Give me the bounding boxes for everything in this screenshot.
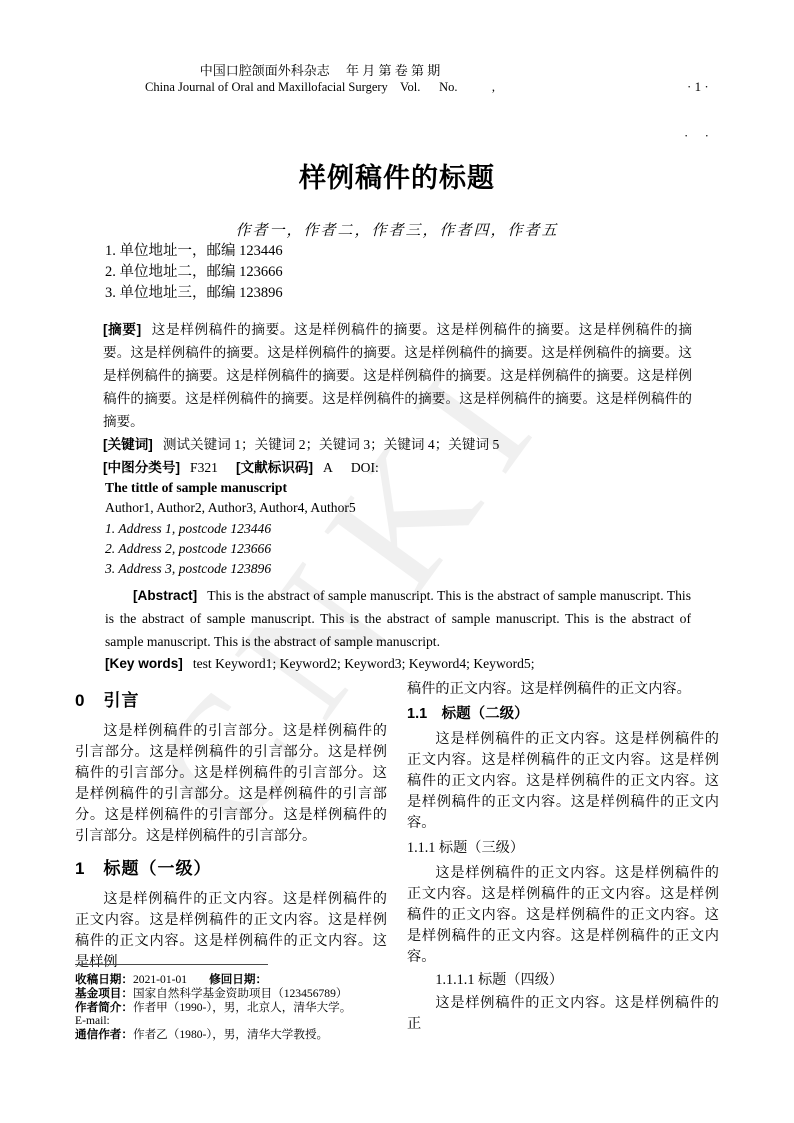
heading-introduction: 0 引言	[75, 690, 387, 712]
article-title-en: The tittle of sample manuscript	[105, 478, 691, 498]
article-title: 样例稿件的标题	[0, 156, 794, 195]
abstract-text-cn: 这是样例稿件的摘要。这是样例稿件的摘要。这是样例稿件的摘要。这是样例稿件的摘要。…	[103, 322, 692, 429]
keywords-cn: [关键词]测试关键词 1；关键词 2；关键词 3；关键词 4；关键词 5	[103, 433, 692, 456]
affiliation-line-en: 2. Address 2, postcode 123666	[105, 539, 691, 559]
section1-continuation: 稿件的正文内容。这是样例稿件的正文内容。	[407, 679, 719, 700]
front-matter-cn: [摘要]这是样例稿件的摘要。这是样例稿件的摘要。这是样例稿件的摘要。这是样例稿件…	[103, 318, 692, 479]
doc-code: A	[323, 460, 333, 475]
left-column: 0 引言 这是样例稿件的引言部分。这是样例稿件的引言部分。这是样例稿件的引言部分…	[75, 679, 387, 962]
author-bio-label: 作者简介：	[75, 1001, 133, 1014]
email-label: E-mail:	[75, 1014, 110, 1027]
classification-line: [中图分类号]F321[文献标识码]ADOI:	[103, 456, 692, 479]
affiliation-list: 1. 单位地址一，邮编 123446 2. 单位地址二，邮编 123666 3.…	[105, 241, 283, 304]
author-list: 作者一，作者二，作者三，作者四，作者五	[0, 219, 794, 240]
footnote-email: E-mail:	[75, 1014, 505, 1028]
author-bio-value: 作者甲（1990-），男，北京人，清华大学。	[133, 1001, 351, 1014]
abstract-label-en: [Abstract]	[133, 588, 197, 603]
footnote-block: 收稿日期：2021-01-01修回日期： 基金项目：国家自然科学基金资助项目（1…	[75, 964, 505, 1042]
abstract-label-cn: [摘要]	[103, 322, 141, 337]
corresponding-author-label: 通信作者：	[75, 1028, 133, 1041]
introduction-paragraph: 这是样例稿件的引言部分。这是样例稿件的引言部分。这是样例稿件的引言部分。这是样例…	[75, 721, 387, 847]
doc-code-label: [文献标识码]	[236, 460, 313, 475]
affiliation-line: 1. 单位地址一，邮编 123446	[105, 241, 283, 262]
fund-value: 国家自然科学基金资助项目（123456789）	[133, 987, 348, 1000]
affiliation-line-en: 1. Address 1, postcode 123446	[105, 519, 691, 539]
section11-paragraph: 这是样例稿件的正文内容。这是样例稿件的正文内容。这是样例稿件的正文内容。这是样例…	[407, 729, 719, 834]
keywords-en: [Key words]test Keyword1; Keyword2; Keyw…	[105, 653, 691, 676]
author-list-en: Author1, Author2, Author3, Author4, Auth…	[105, 498, 691, 518]
affiliation-line: 2. 单位地址二，邮编 123666	[105, 262, 283, 283]
abstract-cn: [摘要]这是样例稿件的摘要。这是样例稿件的摘要。这是样例稿件的摘要。这是样例稿件…	[103, 318, 692, 433]
keywords-text-cn: 测试关键词 1；关键词 2；关键词 3；关键词 4；关键词 5	[163, 437, 499, 452]
keywords-label-en: [Key words]	[105, 656, 183, 671]
received-date-label: 收稿日期：	[75, 973, 133, 986]
journal-title-cn: 中国口腔颌面外科杂志 年 月 第 卷 第 期	[75, 60, 565, 79]
manuscript-page: CNKI 中国口腔颌面外科杂志 年 月 第 卷 第 期 China Journa…	[0, 0, 794, 1123]
affiliation-line-en: 3. Address 3, postcode 123896	[105, 559, 691, 579]
keywords-label-cn: [关键词]	[103, 437, 153, 452]
body-columns: 0 引言 这是样例稿件的引言部分。这是样例稿件的引言部分。这是样例稿件的引言部分…	[75, 679, 720, 962]
abstract-en: [Abstract]This is the abstract of sample…	[105, 585, 691, 653]
footnote-corresponding: 通信作者：作者乙（1980-），男，清华大学教授。	[75, 1028, 505, 1042]
heading-level1: 1 标题（一级）	[75, 858, 387, 880]
footnote-dates: 收稿日期：2021-01-01修回日期：	[75, 973, 505, 987]
right-column: 稿件的正文内容。这是样例稿件的正文内容。 1.1 标题（二级） 这是样例稿件的正…	[407, 679, 719, 962]
footnote-fund: 基金项目：国家自然科学基金资助项目（123456789）	[75, 987, 505, 1001]
page-number-placeholder: · ·	[684, 125, 709, 144]
heading-level2: 1.1 标题（二级）	[407, 704, 719, 725]
doi-label: DOI:	[351, 460, 379, 475]
fund-label: 基金项目：	[75, 987, 133, 1000]
section1-paragraph: 这是样例稿件的正文内容。这是样例稿件的正文内容。这是样例稿件的正文内容。这是样例…	[75, 889, 387, 973]
page-number: · 1 ·	[687, 79, 709, 95]
revised-date-label: 修回日期：	[209, 973, 267, 986]
heading-level3: 1.1.1 标题（三级）	[407, 838, 719, 859]
keywords-text-en: test Keyword1; Keyword2; Keyword3; Keywo…	[193, 656, 535, 671]
affiliation-line: 3. 单位地址三，邮编 123896	[105, 283, 283, 304]
received-date-value: 2021-01-01	[133, 973, 187, 986]
front-matter-en: The tittle of sample manuscript Author1,…	[105, 478, 691, 676]
clc-code: F321	[190, 460, 218, 475]
footnote-divider	[75, 964, 268, 965]
corresponding-author-value: 作者乙（1980-），男，清华大学教授。	[133, 1028, 328, 1041]
clc-label: [中图分类号]	[103, 460, 180, 475]
footnote-bio: 作者简介：作者甲（1990-），男，北京人，清华大学。	[75, 1001, 505, 1015]
section111-paragraph: 这是样例稿件的正文内容。这是样例稿件的正文内容。这是样例稿件的正文内容。这是样例…	[407, 863, 719, 968]
journal-title-en: China Journal of Oral and Maxillofacial …	[75, 80, 565, 95]
